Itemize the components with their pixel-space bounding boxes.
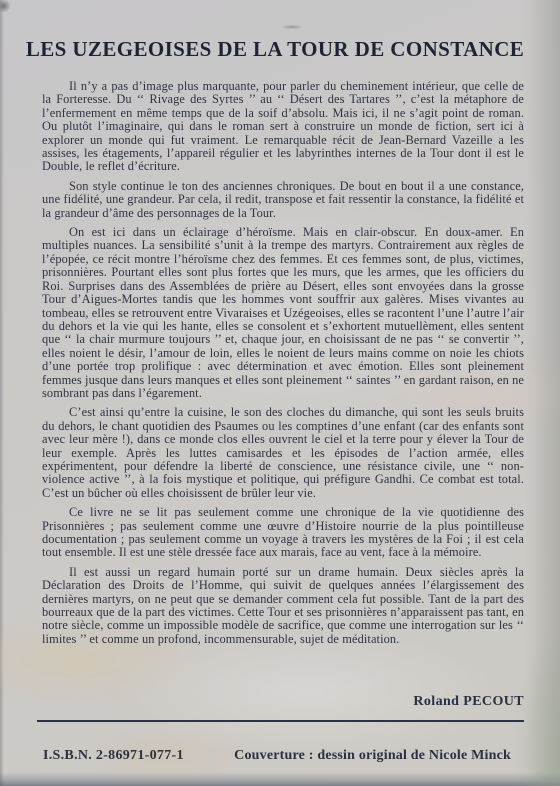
blurb-text: Il n’y a pas d’image plus marquante, pou… [42, 80, 524, 684]
body-paragraph: Ce livre ne se lit pas seulement comme u… [42, 506, 524, 560]
body-paragraph: Il est aussi un regard humain porté sur … [42, 566, 524, 646]
book-back-cover: LES UZEGEOISES DE LA TOUR DE CONSTANCE I… [0, 0, 560, 786]
divider-rule [37, 720, 524, 722]
body-paragraph: C’est ainsi qu’entre la cuisine, le son … [42, 406, 524, 500]
footer-bar: I.S.B.N. 2-86971-077-1 Couverture : dess… [43, 748, 511, 764]
cover-credit: Couverture : dessin original de Nicole M… [234, 748, 511, 764]
body-paragraph: On est ici dans un éclairage d’héroïsme.… [42, 226, 524, 400]
isbn-number: I.S.B.N. 2-86971-077-1 [43, 748, 184, 764]
body-paragraph: Il n’y a pas d’image plus marquante, pou… [42, 80, 524, 174]
author-signature: Roland PECOUT [413, 694, 524, 710]
book-title: LES UZEGEOISES DE LA TOUR DE CONSTANCE [0, 37, 550, 62]
body-paragraph: Son style continue le ton des anciennes … [42, 180, 524, 220]
